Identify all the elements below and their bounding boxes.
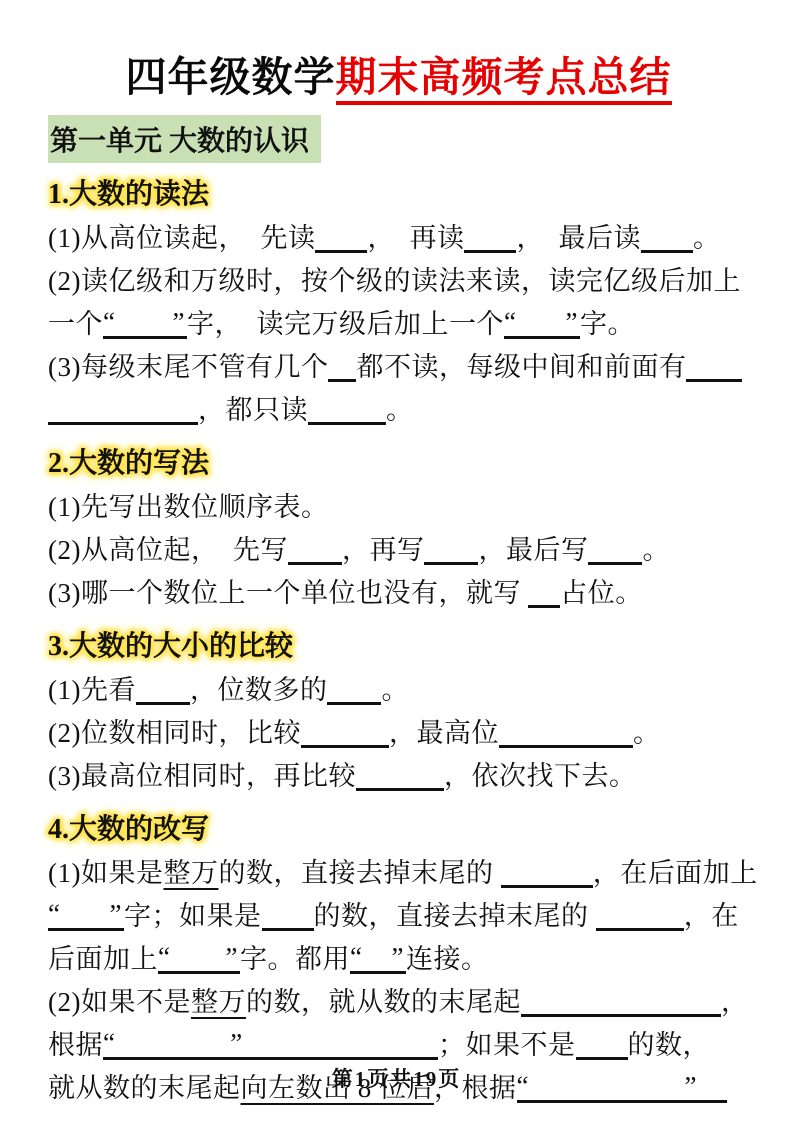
- fill-blank: “”: [350, 969, 406, 974]
- underlined-text: 整万: [191, 987, 246, 1017]
- open-quote-mark: “: [158, 944, 170, 971]
- section-heading-text: 4.大数的改写: [48, 814, 209, 845]
- text-segment: ，再写: [342, 535, 425, 565]
- fill-blank: [136, 700, 190, 705]
- text-segment: 的数，: [628, 1030, 711, 1060]
- text-segment: 。: [633, 718, 661, 748]
- fill-blank: [262, 926, 314, 931]
- text-segment: ，最后写: [478, 535, 588, 565]
- close-quote-mark: ”: [226, 944, 238, 971]
- text-segment: 。: [642, 535, 670, 565]
- text-segment: 字。: [580, 309, 635, 339]
- fill-blank: [576, 1055, 628, 1060]
- close-quote-mark: ”: [230, 1030, 242, 1057]
- text-segment: 都不读，每级中间和前面有: [356, 352, 686, 382]
- text-segment: 的数，就从数的末尾起: [246, 987, 521, 1017]
- open-quote-mark: “: [103, 1030, 115, 1057]
- fill-blank: [501, 883, 593, 888]
- fill-blank: [686, 377, 742, 382]
- text-segment: (3)最高位相同时，再比较: [48, 761, 356, 791]
- text-line: (2)位数相同时，比较，最高位。: [48, 712, 749, 755]
- fill-blank: “”: [504, 334, 580, 339]
- fill-blank: [588, 560, 642, 565]
- fill-blank: [424, 560, 478, 565]
- fill-blank: “”: [48, 926, 124, 931]
- text-segment: (1)从高位读起， 先读: [48, 223, 315, 253]
- text-line: (2)读亿级和万级时，按个级的读法来读，读完亿级后加上: [48, 260, 749, 303]
- text-line: 后面加上“”字。都用“”连接。: [48, 938, 749, 981]
- section-heading: 2.大数的写法: [48, 441, 749, 481]
- text-segment: 。: [386, 395, 414, 425]
- text-segment: (1)先看: [48, 675, 136, 705]
- text-line: 根据“”；如果不是的数，: [48, 1024, 749, 1067]
- fill-blank: [328, 377, 356, 382]
- open-quote-mark: “: [103, 309, 115, 336]
- text-line: (1)从高位读起， 先读， 再读， 最后读。: [48, 217, 749, 260]
- text-segment: (3)哪一个数位上一个单位也没有，就写: [48, 578, 528, 608]
- unit-header: 第一单元 大数的认识: [48, 115, 321, 163]
- document-body: 1.大数的读法(1)从高位读起， 先读， 再读， 最后读。(2)读亿级和万级时，…: [48, 172, 749, 1110]
- underlined-text: 整万: [163, 858, 218, 888]
- fill-blank: [596, 926, 684, 931]
- text-segment: 后面加上: [48, 944, 158, 974]
- text-segment: 根据: [48, 1030, 103, 1060]
- section-heading: 4.大数的改写: [48, 807, 749, 847]
- title-topic-part: 期末高频考点总结: [336, 54, 672, 105]
- fill-blank: [308, 420, 386, 425]
- fill-blank: [528, 603, 560, 608]
- open-quote-mark: “: [350, 944, 362, 971]
- text-line: (3)哪一个数位上一个单位也没有，就写 占位。: [48, 572, 749, 615]
- page-footer: 第1页共19页: [0, 1063, 793, 1093]
- text-segment: 一个: [48, 309, 103, 339]
- fill-blank: [48, 420, 198, 425]
- fill-blank: “”: [517, 1098, 727, 1103]
- text-segment: (2)位数相同时，比较: [48, 718, 301, 748]
- text-line: (3)每级末尾不管有几个都不读，每级中间和前面有: [48, 346, 749, 389]
- fill-blank: [521, 1012, 721, 1017]
- fill-blank: [315, 248, 367, 253]
- page-title: 四年级数学期末高频考点总结: [48, 44, 749, 103]
- text-line: (1)如果是整万的数，直接去掉末尾的 ，在后面加上: [48, 852, 749, 895]
- text-segment: ， 最后读: [516, 223, 641, 253]
- section-heading-text: 2.大数的写法: [48, 448, 209, 479]
- text-segment: (1)如果是: [48, 858, 163, 888]
- text-segment: ，在后面加上: [593, 858, 758, 888]
- title-grade-part: 四年级数学: [126, 54, 336, 100]
- unit-header-row: 第一单元 大数的认识: [48, 115, 749, 163]
- document-page: 四年级数学期末高频考点总结 第一单元 大数的认识 1.大数的读法(1)从高位读起…: [0, 0, 793, 1121]
- text-line: (1)先写出数位顺序表。: [48, 486, 749, 529]
- text-segment: ，: [721, 987, 749, 1017]
- fill-blank: [356, 786, 444, 791]
- text-line: “”字；如果是的数，直接去掉末尾的 ，在: [48, 895, 749, 938]
- text-segment: 。: [693, 223, 721, 253]
- close-quote-mark: ”: [392, 944, 404, 971]
- text-segment: 的数，直接去掉末尾的: [218, 858, 500, 888]
- section-heading-text: 3.大数的大小的比较: [48, 631, 293, 662]
- close-quote-mark: ”: [110, 901, 122, 928]
- text-segment: ， 再读: [367, 223, 464, 253]
- text-segment: ，在: [684, 901, 739, 931]
- text-segment: 的数，直接去掉末尾的: [314, 901, 596, 931]
- section-heading: 3.大数的大小的比较: [48, 624, 749, 664]
- text-segment: 字， 读完万级后加上一个: [187, 309, 504, 339]
- fill-blank: [499, 743, 633, 748]
- close-quote-mark: ”: [173, 309, 185, 336]
- text-line: (2)从高位起， 先写，再写，最后写。: [48, 529, 749, 572]
- text-segment: ，位数多的: [190, 675, 328, 705]
- text-segment: 。: [381, 675, 409, 705]
- fill-blank: [327, 700, 381, 705]
- text-line: (2)如果不是整万的数，就从数的末尾起，: [48, 981, 749, 1024]
- text-line: (3)最高位相同时，再比较，依次找下去。: [48, 755, 749, 798]
- text-segment: ，依次找下去。: [444, 761, 637, 791]
- text-line: (1)先看，位数多的。: [48, 669, 749, 712]
- text-segment: ，都只读: [198, 395, 308, 425]
- text-segment: 占位。: [560, 578, 643, 608]
- fill-blank: “”: [103, 334, 187, 339]
- section-heading-text: 1.大数的读法: [48, 179, 209, 210]
- section-heading: 1.大数的读法: [48, 172, 749, 212]
- fill-blank: “”: [158, 969, 240, 974]
- text-segment: 字。都用: [240, 944, 350, 974]
- text-segment: 连接。: [406, 944, 489, 974]
- fill-blank: [288, 560, 342, 565]
- open-quote-mark: “: [504, 309, 516, 336]
- text-segment: ；如果不是: [438, 1030, 576, 1060]
- fill-blank: [301, 743, 389, 748]
- text-segment: (2)如果不是: [48, 987, 191, 1017]
- text-segment: (1)先写出数位顺序表。: [48, 492, 328, 522]
- open-quote-mark: “: [48, 901, 60, 928]
- close-quote-mark: ”: [566, 309, 578, 336]
- fill-blank: [641, 248, 693, 253]
- fill-blank: “”: [103, 1055, 438, 1060]
- text-line: 一个“”字， 读完万级后加上一个“”字。: [48, 303, 749, 346]
- text-segment: (3)每级末尾不管有几个: [48, 352, 328, 382]
- text-segment: ，最高位: [389, 718, 499, 748]
- fill-blank: [464, 248, 516, 253]
- text-segment: (2)从高位起， 先写: [48, 535, 288, 565]
- text-segment: (2)读亿级和万级时，按个级的读法来读，读完亿级后加上: [48, 266, 741, 296]
- text-line: ，都只读。: [48, 389, 749, 432]
- text-segment: 字；如果是: [124, 901, 262, 931]
